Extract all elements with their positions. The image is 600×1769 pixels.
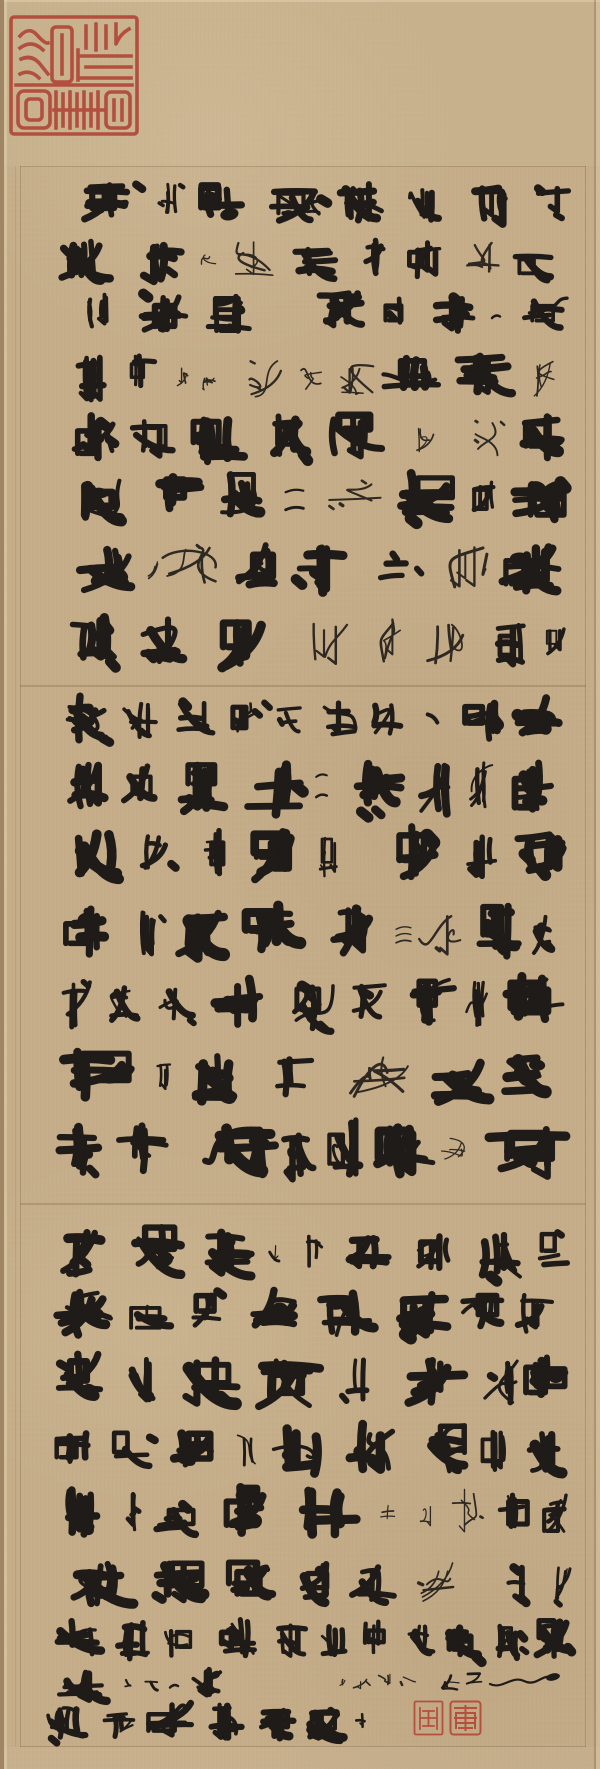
calligraphy-character: 書	[437, 1674, 463, 1693]
character-text: 書	[437, 1674, 463, 1693]
seal-glyph: 王	[413, 1700, 444, 1736]
calligraphy-character: 鐸	[395, 1675, 420, 1688]
signature: 洪洞王鐸書了	[0, 0, 600, 1769]
artist-seal-duo: 鐸	[449, 1700, 482, 1736]
character-text: 洞	[352, 1678, 372, 1691]
character-text: 洪	[335, 1676, 352, 1689]
calligraphy-character: 了	[463, 1669, 490, 1688]
artist-seal-wang: 王	[413, 1700, 444, 1736]
calligraphy-character: 洪	[335, 1676, 352, 1689]
seal-glyph: 鐸	[449, 1700, 482, 1736]
calligraphy-character: 王	[375, 1673, 395, 1686]
character-text: 鐸	[395, 1675, 420, 1688]
character-text: 了	[463, 1669, 490, 1688]
calligraphy-character: 洞	[352, 1678, 372, 1691]
character-text: 王	[375, 1673, 395, 1686]
signature-flourish-icon	[0, 0, 600, 1769]
